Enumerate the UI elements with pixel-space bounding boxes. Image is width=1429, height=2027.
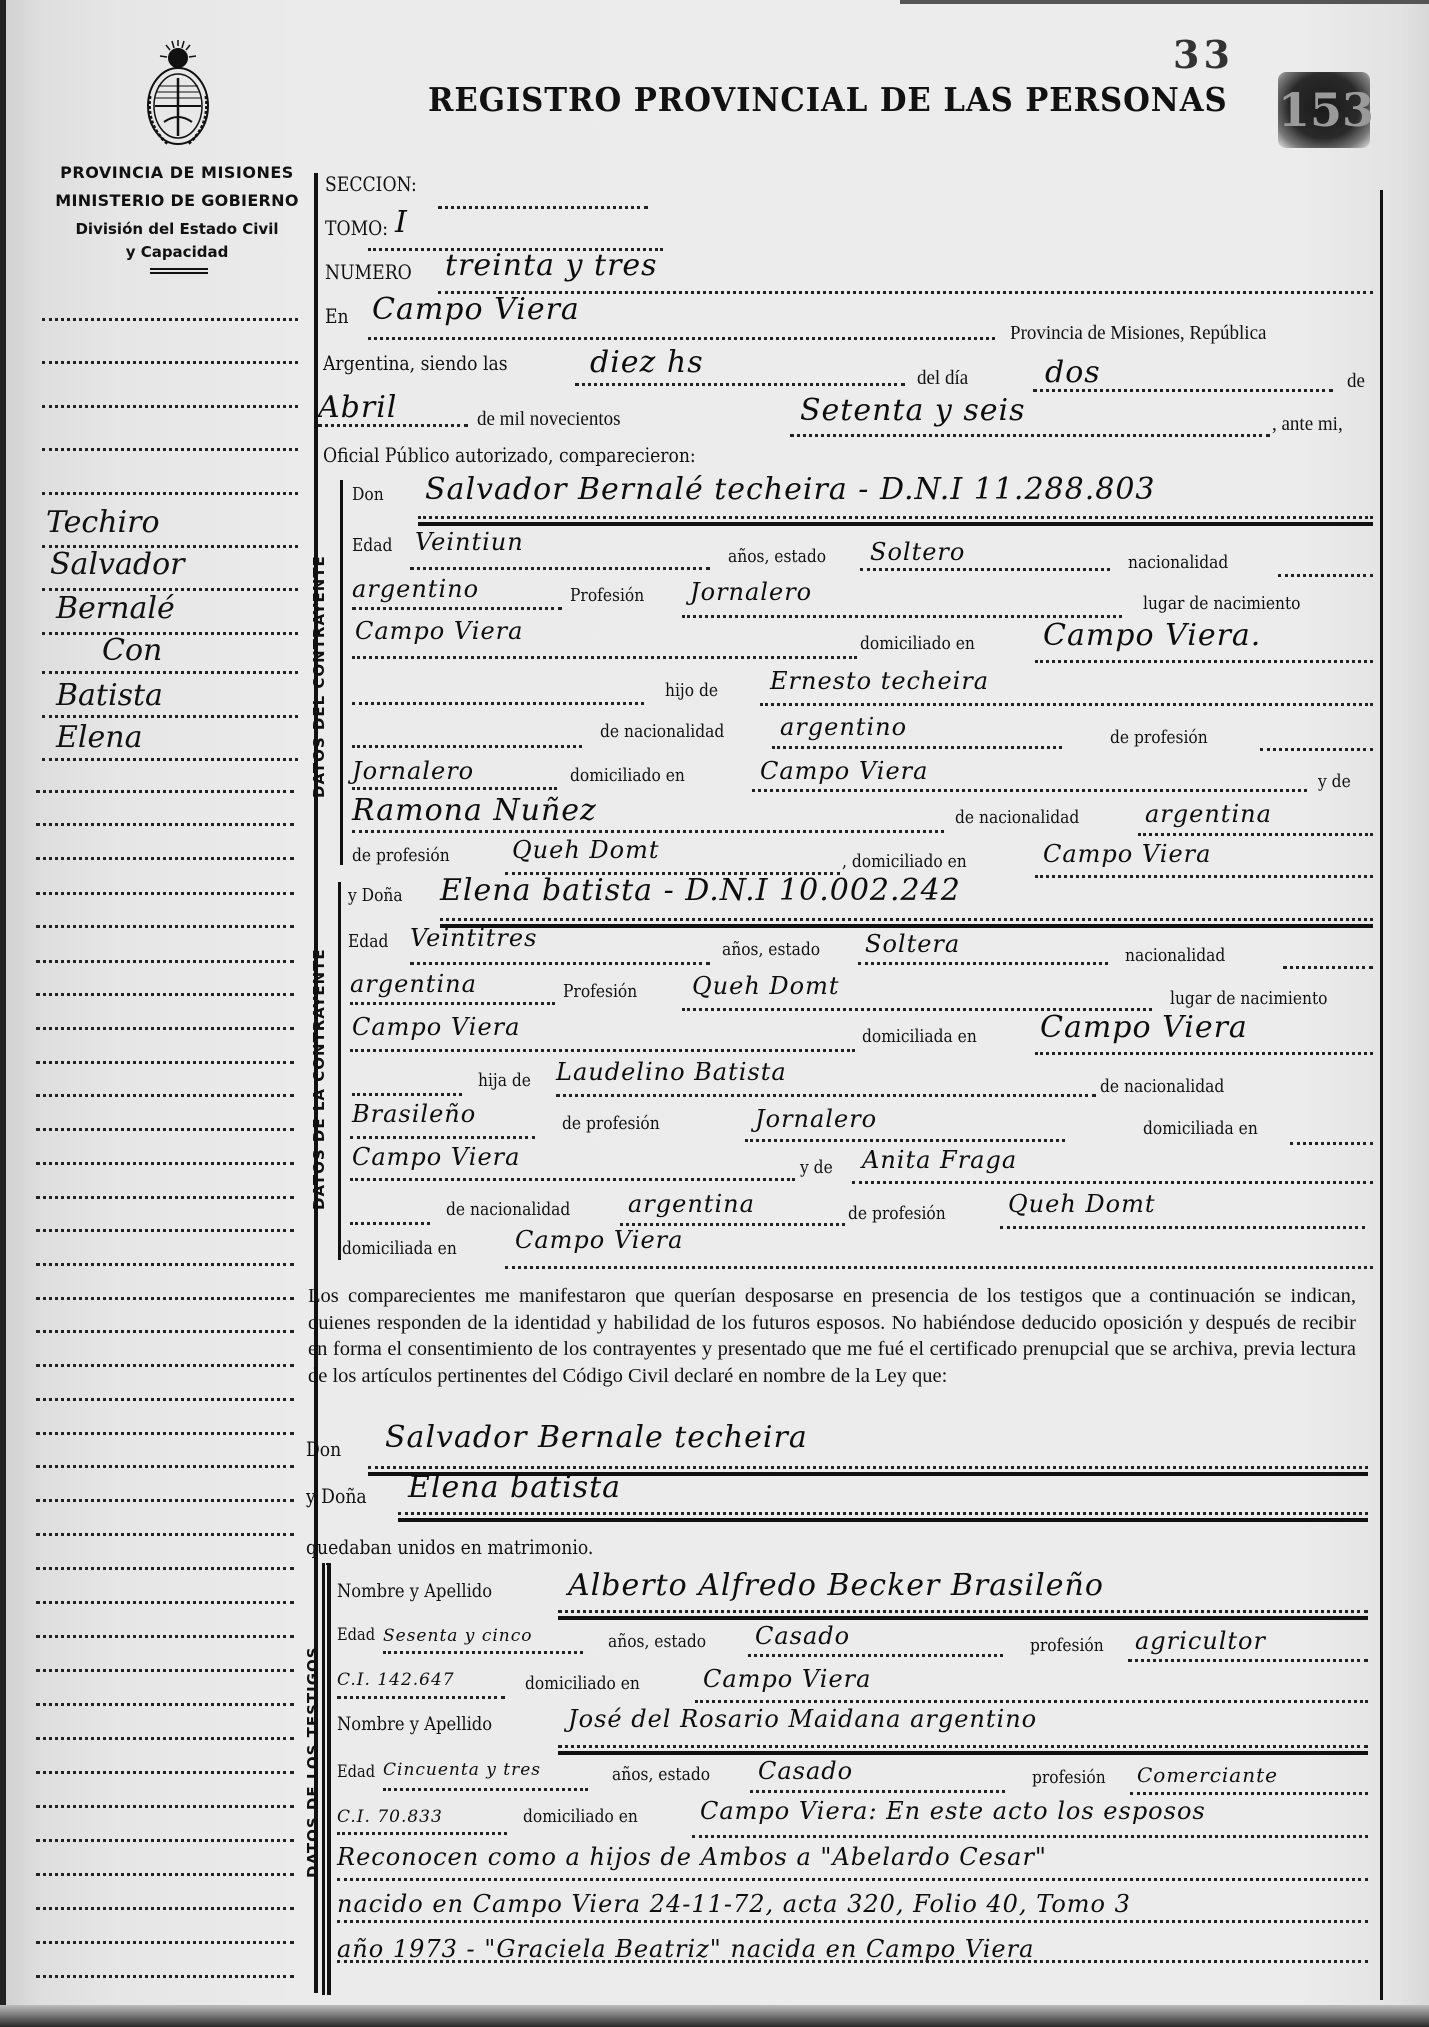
padre-nac-field[interactable] [772,746,1062,749]
padre-nac-value-field[interactable] [350,1136,535,1139]
madre-prof-label: de profesión [848,1203,946,1224]
folio-number: 33 [1173,32,1234,77]
nacionalidad-value-field[interactable] [350,1002,555,1005]
margin-line [36,1027,294,1030]
padre-nac-label: de nacionalidad [1100,1076,1224,1097]
margin-line [36,1162,294,1165]
margin-line [36,1533,294,1536]
margin-line [36,1061,294,1064]
contrayente-madre-dom: Campo Viera [1043,840,1211,868]
oficial-text: Oficial Público autorizado, compareciero… [323,443,696,467]
contrayente-padre-nac: argentino [780,713,907,741]
contrayente-profesion: Jornalero [690,578,812,606]
contrayenta-domicilio: Campo Viera [1040,1010,1248,1045]
testigo-2-nombre-field[interactable] [558,1745,1368,1748]
nombre-label: Nombre y Apellido [337,1713,492,1735]
edad-field[interactable] [383,1788,588,1791]
margin-line [36,1805,294,1808]
testigo-2-estado: Casado [758,1757,853,1785]
contrayenta-madre: Anita Fraga [862,1146,1017,1174]
lugar-nac-label: lugar de nacimiento [1170,988,1328,1009]
page-bottom-edge [0,2005,1429,2027]
margin-line [36,1263,294,1266]
nacionalidad-label: nacionalidad [1128,552,1228,573]
contrayente-padre: Ernesto techeira [770,667,989,695]
profesion-field[interactable] [1130,1792,1368,1795]
anio-value: Setenta y seis [800,393,1026,428]
closing-text: quedaban unidos en matrimonio. [306,1535,593,1559]
testigo-1-documento: C.I. 142.647 [337,1670,455,1690]
margin-line [36,1297,294,1300]
de-label: de [1347,370,1365,393]
madre-dom-label: domiciliada en [342,1238,457,1259]
lugar-nac-label: lugar de nacimiento [1143,593,1301,614]
padre-prof-label: de profesión [1110,727,1208,748]
padre-field[interactable] [760,703,1373,706]
domicilio-label: domiciliado en [525,1673,640,1694]
margin-note: Bernalé [56,591,175,626]
page-top-edge [900,0,1429,4]
testigo-1-nombre-field[interactable] [558,1610,1368,1613]
contrayente-padre-prof: Jornalero [352,757,474,785]
padre-dom-field[interactable] [1290,1142,1373,1145]
testigo-1-edad: Sesenta y cinco [383,1626,532,1646]
mes-field[interactable] [318,424,468,427]
margin-note: Con [102,633,162,668]
madre-field[interactable] [852,1181,1373,1184]
margin-line [36,1669,294,1672]
documento-field[interactable] [337,1696,505,1699]
contrayente-padre-dom: Campo Viera [760,757,928,785]
testigo-1-estado: Casado [755,1622,850,1650]
hora-field[interactable] [575,383,905,386]
final-don-value: Salvador Bernale techeira [385,1420,808,1455]
tomo-label: TOMO: [325,216,388,240]
margin-line [36,1635,294,1638]
testigos-inner-rule [328,1563,331,1995]
nacionalidad-field[interactable] [1283,966,1373,969]
margin-line [36,892,294,895]
contrayenta-lugar-nac: Campo Viera [352,1013,520,1041]
name-underline [418,522,1373,526]
madre-prof-field[interactable] [1000,1226,1365,1229]
province-name: PROVINCIA DE MISIONES [48,163,306,182]
estado-field[interactable] [750,1790,1005,1793]
y-de-label: y de [800,1157,833,1178]
margin-line [42,671,298,674]
contrayenta-madre-nac: argentina [628,1190,755,1218]
mes-value: Abril [318,390,397,425]
padre-dom-field[interactable] [752,789,1307,792]
contrayenta-madre-prof: Queh Domt [1008,1190,1156,1218]
margin-line [36,1094,294,1097]
domicilio-label: domiciliada en [862,1026,977,1047]
blank-field[interactable] [350,1222,430,1225]
domicilio-field[interactable] [695,1700,1368,1703]
provincia-text: Provincia de Misiones, República [1010,322,1266,345]
margin-line [42,492,298,495]
name-underline [398,1518,1368,1522]
padre-prof-value-field[interactable] [352,787,557,790]
en-label: En [325,304,349,328]
edad-label: Edad [348,931,388,952]
margin-line [42,632,298,635]
contrayente-madre: Ramona Nuñez [352,793,597,828]
contrayenta-madre-dom: Campo Viera [515,1226,683,1254]
note-field[interactable] [337,1878,1368,1881]
ministry-name: MINISTERIO DE GOBIERNO [48,191,306,210]
contrayente-estado: Soltero [870,538,965,566]
profesion-label: profesión [1030,1635,1104,1656]
margin-line [36,1839,294,1842]
blank-field[interactable] [352,745,582,748]
hijo-de-label: hijo de [665,680,718,701]
nacionalidad-value-field[interactable] [352,607,562,610]
padre-dom-label: domiciliada en [1143,1118,1258,1139]
header-double-rule [150,268,208,274]
en-field[interactable] [368,337,995,340]
margin-line [36,1567,294,1570]
lugar-nac-field[interactable] [350,1049,855,1052]
testigo-2-nombre: José del Rosario Maidana argentino [568,1705,1037,1733]
margin-line [36,1499,294,1502]
note-field[interactable] [337,1960,1368,1963]
padre-prof-field[interactable] [745,1139,1065,1142]
page-stamp: 153 [1278,72,1370,148]
madre-prof-label: de profesión [352,845,450,866]
estado-field[interactable] [748,1654,1003,1657]
madre-nac-label: de nacionalidad [446,1199,570,1220]
padre-dom-label: domiciliado en [570,765,685,786]
madre-dom-label: , domiciliado en [842,851,967,872]
domicilio-field[interactable] [1035,660,1373,663]
name-underline [558,1751,1368,1755]
margin-note: Elena [56,720,142,755]
seccion-label: SECCION: [325,172,417,196]
testigos-section-label: DATOS DE LOS TESTIGOS [304,1646,322,1878]
margin-line [36,1364,294,1367]
margin-line [36,1330,294,1333]
anios-estado-label: años, estado [612,1764,710,1785]
anio-field[interactable] [790,434,1270,437]
anios-estado-label: años, estado [608,1631,706,1652]
contrayenta-estado: Soltera [865,930,960,958]
blank-field[interactable] [352,1093,462,1096]
testigo-1-domicilio: Campo Viera [703,1665,871,1693]
contrayenta-name: Elena batista - D.N.I 10.002.242 [440,873,961,908]
margin-line [42,758,298,761]
margin-line [36,1432,294,1435]
contrayenta-name-field[interactable] [440,918,1373,921]
anios-estado-label: años, estado [728,546,826,567]
margin-line [36,790,294,793]
padre-field[interactable] [556,1094,1096,1097]
margin-line [36,1229,294,1232]
note-field[interactable] [337,1920,1368,1923]
hija-de-label: hija de [478,1070,531,1091]
final-don-label: Don [306,1437,341,1461]
contrayenta-padre-nac: Brasileño [352,1100,476,1128]
binder-edge [0,0,6,2027]
final-dona-value: Elena batista [408,1470,621,1505]
domicilio-field[interactable] [692,1835,1368,1838]
nacionalidad-field[interactable] [1278,574,1373,577]
madre-field[interactable] [352,830,944,833]
testigos-note-2: nacido en Campo Viera 24-11-72, acta 320… [337,1890,1131,1918]
contrayente-name: Salvador Bernalé techeira - D.N.I 11.288… [425,472,1156,507]
testigo-2-profesion: Comerciante [1137,1763,1278,1787]
contrayente-rule [340,480,343,865]
division-name: División del Estado Civil [48,220,306,238]
padre-nac-label: de nacionalidad [600,721,724,742]
madre-dom-field[interactable] [1035,875,1373,878]
madre-dom-field[interactable] [505,1266,1373,1269]
contrayente-madre-prof: Queh Domt [512,836,660,864]
edad-label: Edad [337,1762,375,1782]
edad-label: Edad [337,1625,375,1645]
contrayenta-padre-prof: Jornalero [755,1105,877,1133]
documento-field[interactable] [337,1832,507,1835]
edad-field[interactable] [383,1651,583,1654]
lugar-nac-field[interactable] [352,656,857,659]
del-dia-label: del día [917,367,968,390]
padre-dom-value-field[interactable] [350,1178,795,1181]
margin-line [36,1873,294,1876]
edad-field[interactable] [410,962,710,965]
contrayenta-padre: Laudelino Batista [556,1058,787,1086]
margin-line [36,960,294,963]
contrayenta-edad: Veintitres [410,924,537,952]
margin-line [36,1907,294,1910]
final-dona-field[interactable] [398,1512,1368,1515]
margin-line [36,1771,294,1774]
testigo-1-profesion: agricultor [1135,1627,1266,1655]
ante-mi-label: , ante mi, [1272,413,1343,436]
dia-value: dos [1045,355,1101,390]
contrayente-name-field[interactable] [418,516,1373,519]
final-don-field[interactable] [368,1466,1368,1469]
estado-field[interactable] [858,962,1108,965]
contrayente-section-label: DATOS DEL CONTRAYENTE [310,555,328,798]
contrayenta-section-label: DATOS DE LA CONTRAYENTE [310,948,328,1210]
contrayente-madre-nac: argentina [1145,800,1272,828]
margin-line [36,1128,294,1131]
main-right-rule [1380,190,1383,2000]
argentina-coat-of-arms-icon [138,36,218,154]
margin-line [36,1196,294,1199]
edad-field[interactable] [410,567,710,570]
margin-note: Techiro [46,505,160,540]
margin-line [36,1975,294,1978]
edad-label: Edad [352,535,392,556]
contrayenta-rule [338,882,341,1260]
name-underline [440,924,1373,928]
profesion-field[interactable] [1128,1659,1368,1662]
margin-line [42,318,298,321]
blank-field[interactable] [352,702,644,705]
madre-nac-label: de nacionalidad [955,807,1079,828]
estado-field[interactable] [860,568,1110,571]
margin-note: Batista [56,678,163,713]
dia-field[interactable] [1033,389,1333,392]
profesion-label: Profesión [570,585,644,606]
hora-value: diez hs [590,345,704,380]
numero-value: treinta y tres [445,248,658,283]
testigos-note-3: año 1973 - "Graciela Beatriz" nacida en … [337,1935,1034,1963]
contrayenta-nacionalidad: argentina [350,970,477,998]
margin-line [36,1941,294,1944]
seccion-field[interactable] [438,206,648,209]
margin-line [36,857,294,860]
contrayente-lugar-nac: Campo Viera [355,617,523,645]
argentina-text: Argentina, siendo las [323,351,508,375]
margin-line [36,1703,294,1706]
margin-line [36,1737,294,1740]
margin-note: Salvador [50,547,184,582]
domicilio-label: domiciliado en [523,1806,638,1827]
anio-label: de mil novecientos [477,408,621,431]
en-value: Campo Viera [372,292,580,327]
domicilio-label: domiciliado en [860,633,975,654]
testigo-2-edad: Cincuenta y tres [383,1760,541,1780]
name-underline [558,1616,1368,1620]
margin-line [36,1601,294,1604]
page-title: REGISTRO PROVINCIAL DE LAS PERSONAS [428,80,1228,119]
margin-line [36,1465,294,1468]
nacionalidad-label: nacionalidad [1125,945,1225,966]
margin-line [42,361,298,364]
tomo-value: I [395,205,408,240]
margin-line [36,1398,294,1401]
margin-line [36,925,294,928]
anios-estado-label: años, estado [722,939,820,960]
margin-line [42,715,298,718]
madre-nac-field[interactable] [1138,833,1373,836]
contrayenta-profesion: Queh Domt [692,972,840,1000]
padre-prof-label: de profesión [562,1113,660,1134]
testigo-2-documento: C.I. 70.833 [337,1807,443,1827]
profesion-label: Profesión [563,981,637,1002]
domicilio-field[interactable] [1035,1052,1373,1055]
contrayente-edad: Veintiun [415,528,524,556]
testigos-rule-outer [322,1563,325,1995]
dona-label: y Doña [348,885,403,906]
contrayenta-padre-dom: Campo Viera [352,1143,520,1171]
final-dona-label: y Doña [306,1484,367,1508]
margin-line [42,405,298,408]
declaration-paragraph: Los comparecientes me manifestaron que q… [308,1283,1356,1389]
margin-line [42,448,298,451]
profesion-label: profesión [1032,1767,1106,1788]
contrayente-nacionalidad: argentino [352,575,479,603]
contrayente-domicilio: Campo Viera. [1043,618,1261,653]
margin-line [36,823,294,826]
margin-line [36,993,294,996]
nombre-label: Nombre y Apellido [337,1580,492,1602]
don-label: Don [352,484,384,505]
testigos-note-1: Reconocen como a hijos de Ambos a "Abela… [337,1843,1047,1871]
testigo-2-domicilio: Campo Viera: En este acto los esposos [700,1797,1206,1825]
numero-label: NUMERO [325,260,412,284]
padre-prof-field[interactable] [1260,748,1373,751]
testigo-1-nombre: Alberto Alfredo Becker Brasileño [568,1568,1104,1603]
division-name-cont: y Capacidad [48,243,306,261]
y-de-label: y de [1318,771,1351,792]
